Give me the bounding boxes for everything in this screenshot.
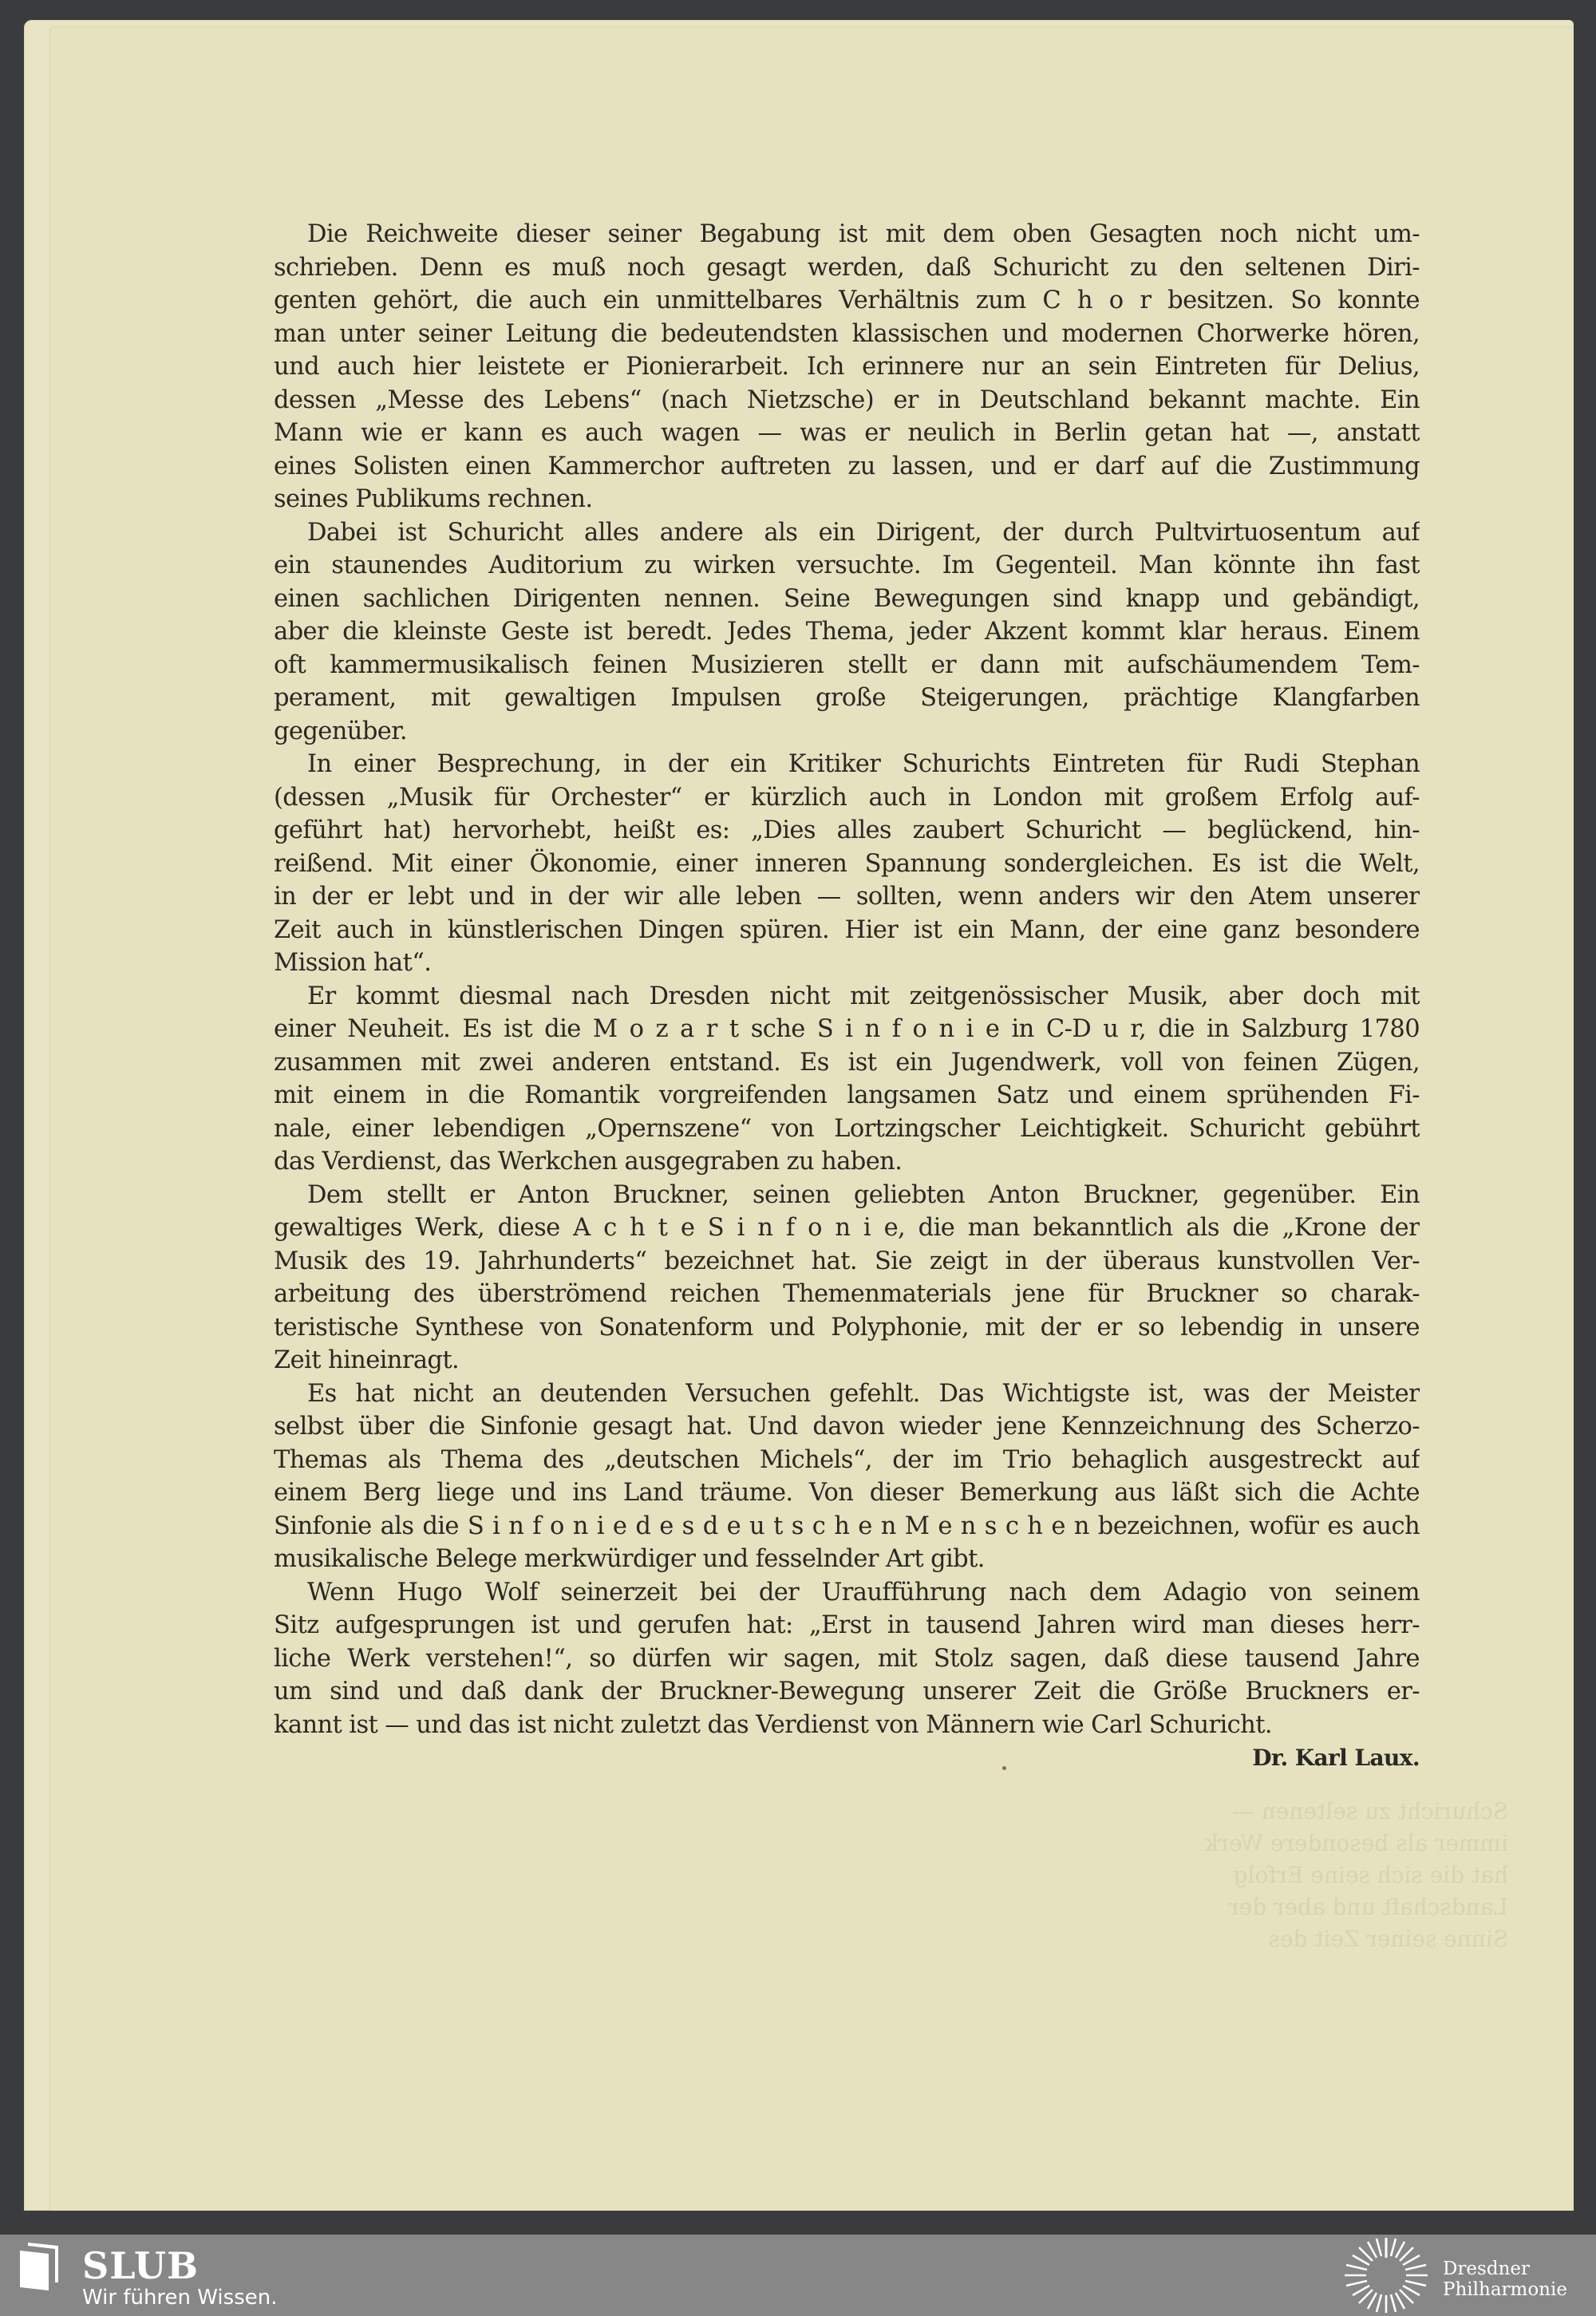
text-line: aber die kleinste Geste ist beredt. Jede… xyxy=(274,615,1420,649)
text-line: Sinfonie als die S i n f o n i e d e s d… xyxy=(274,1510,1420,1543)
article-body: Die Reichweite dieser seiner Begabung is… xyxy=(274,218,1420,1775)
text-line: Sitz aufgesprungen ist und gerufen hat: … xyxy=(274,1609,1420,1642)
text-line: Zeit auch in künstlerischen Dingen spüre… xyxy=(274,914,1420,947)
philharmonie-brand: Dresdner Philharmonie xyxy=(1443,2259,1567,2300)
text-line: perament, mit gewaltigen Impulsen große … xyxy=(274,682,1420,715)
sunburst-logo-icon xyxy=(1343,2236,1429,2314)
text-line: Dabei ist Schuricht alles andere als ein… xyxy=(274,516,1420,550)
text-line: Dem stellt er Anton Bruckner, seinen gel… xyxy=(274,1179,1420,1212)
text-line: und auch hier leistete er Pionierarbeit.… xyxy=(274,350,1420,384)
text-line: reißend. Mit einer Ökonomie, einer inner… xyxy=(274,848,1420,881)
slub-brand: SLUB xyxy=(82,2246,199,2286)
text-line: dessen „Messe des Lebens“ (nach Nietzsch… xyxy=(274,384,1420,417)
text-line: Er kommt diesmal nach Dresden nicht mit … xyxy=(274,980,1420,1014)
text-line: liche Werk verstehen!“, so dürfen wir sa… xyxy=(274,1642,1420,1676)
text-line: selbst über die Sinfonie gesagt hat. Und… xyxy=(274,1410,1420,1444)
text-line: Musik des 19. Jahrhunderts“ bezeichnet h… xyxy=(274,1245,1420,1279)
text-line: Mann wie er kann es auch wagen — was er … xyxy=(274,417,1420,450)
footer-banner: SLUB Wir führen Wissen. Dresdner Philhar… xyxy=(0,2235,1596,2316)
text-line: mit einem in die Romantik vorgreifenden … xyxy=(274,1079,1420,1113)
text-line: eines Solisten einen Kammerchor auftrete… xyxy=(274,450,1420,484)
text-line: ein staunendes Auditorium zu wirken vers… xyxy=(274,549,1420,583)
text-line: Zeit hineinragt. xyxy=(274,1344,1420,1377)
text-line: schrieben. Denn es muß noch gesagt werde… xyxy=(274,251,1420,285)
text-line: arbeitung des überströmend reichen Theme… xyxy=(274,1278,1420,1311)
text-line: zusammen mit zwei anderen entstand. Es i… xyxy=(274,1046,1420,1080)
text-line: gegenüber. xyxy=(274,715,1420,749)
text-line: Mission hat“. xyxy=(274,947,1420,980)
text-line: Wenn Hugo Wolf seinerzeit bei der Urauff… xyxy=(274,1576,1420,1610)
text-line: gewaltiges Werk, diese A c h t e S i n f… xyxy=(274,1211,1420,1245)
text-line: das Verdienst, das Werkchen ausgegraben … xyxy=(274,1145,1420,1179)
text-line: in der er lebt und in der wir alle leben… xyxy=(274,880,1420,914)
text-line: Die Reichweite dieser seiner Begabung is… xyxy=(274,218,1420,251)
text-line: teristische Synthese von Sonatenform und… xyxy=(274,1311,1420,1345)
scanned-page: Schuricht zu seltenen — immer als besond… xyxy=(24,20,1574,2211)
slub-tagline: Wir führen Wissen. xyxy=(82,2286,277,2310)
text-line: seines Publikums rechnen. xyxy=(274,483,1420,516)
text-line: genten gehört, die auch ein unmittelbare… xyxy=(274,284,1420,318)
text-line: um sind und daß dank der Bruckner-Bewegu… xyxy=(274,1675,1420,1709)
text-line: kannt ist — und das ist nicht zuletzt da… xyxy=(274,1709,1420,1742)
text-line: einen sachlichen Dirigenten nennen. Sein… xyxy=(274,583,1420,616)
text-line: geführt hat) hervorhebt, heißt es: „Dies… xyxy=(274,814,1420,848)
text-line: Themas als Thema des „deutschen Michels“… xyxy=(274,1444,1420,1477)
text-line: oft kammermusikalisch feinen Musizieren … xyxy=(274,649,1420,682)
text-line: nale, einer lebendigen „Opernszene“ von … xyxy=(274,1113,1420,1146)
text-line: einem Berg liege und ins Land träume. Vo… xyxy=(274,1476,1420,1510)
text-line: man unter seiner Leitung die bedeutendst… xyxy=(274,318,1420,351)
bleed-through-text: Schuricht zu seltenen — immer als besond… xyxy=(1061,1796,1508,1955)
philharmonie-brand-line1: Dresdner xyxy=(1443,2259,1567,2279)
text-line: In einer Besprechung, in der ein Kritike… xyxy=(274,748,1420,781)
text-line: Es hat nicht an deutenden Versuchen gefe… xyxy=(274,1377,1420,1411)
text-line: einer Neuheit. Es ist die M o z a r t sc… xyxy=(274,1013,1420,1046)
author-signature: Dr. Karl Laux. xyxy=(274,1741,1420,1775)
text-line: (dessen „Musik für Orchester“ er kürzlic… xyxy=(274,781,1420,815)
text-line: musikalische Belege merkwürdiger und fes… xyxy=(274,1543,1420,1576)
scan-border-bottom xyxy=(0,2211,1596,2235)
book-logo-icon xyxy=(20,2243,58,2290)
philharmonie-brand-line2: Philharmonie xyxy=(1443,2279,1567,2300)
